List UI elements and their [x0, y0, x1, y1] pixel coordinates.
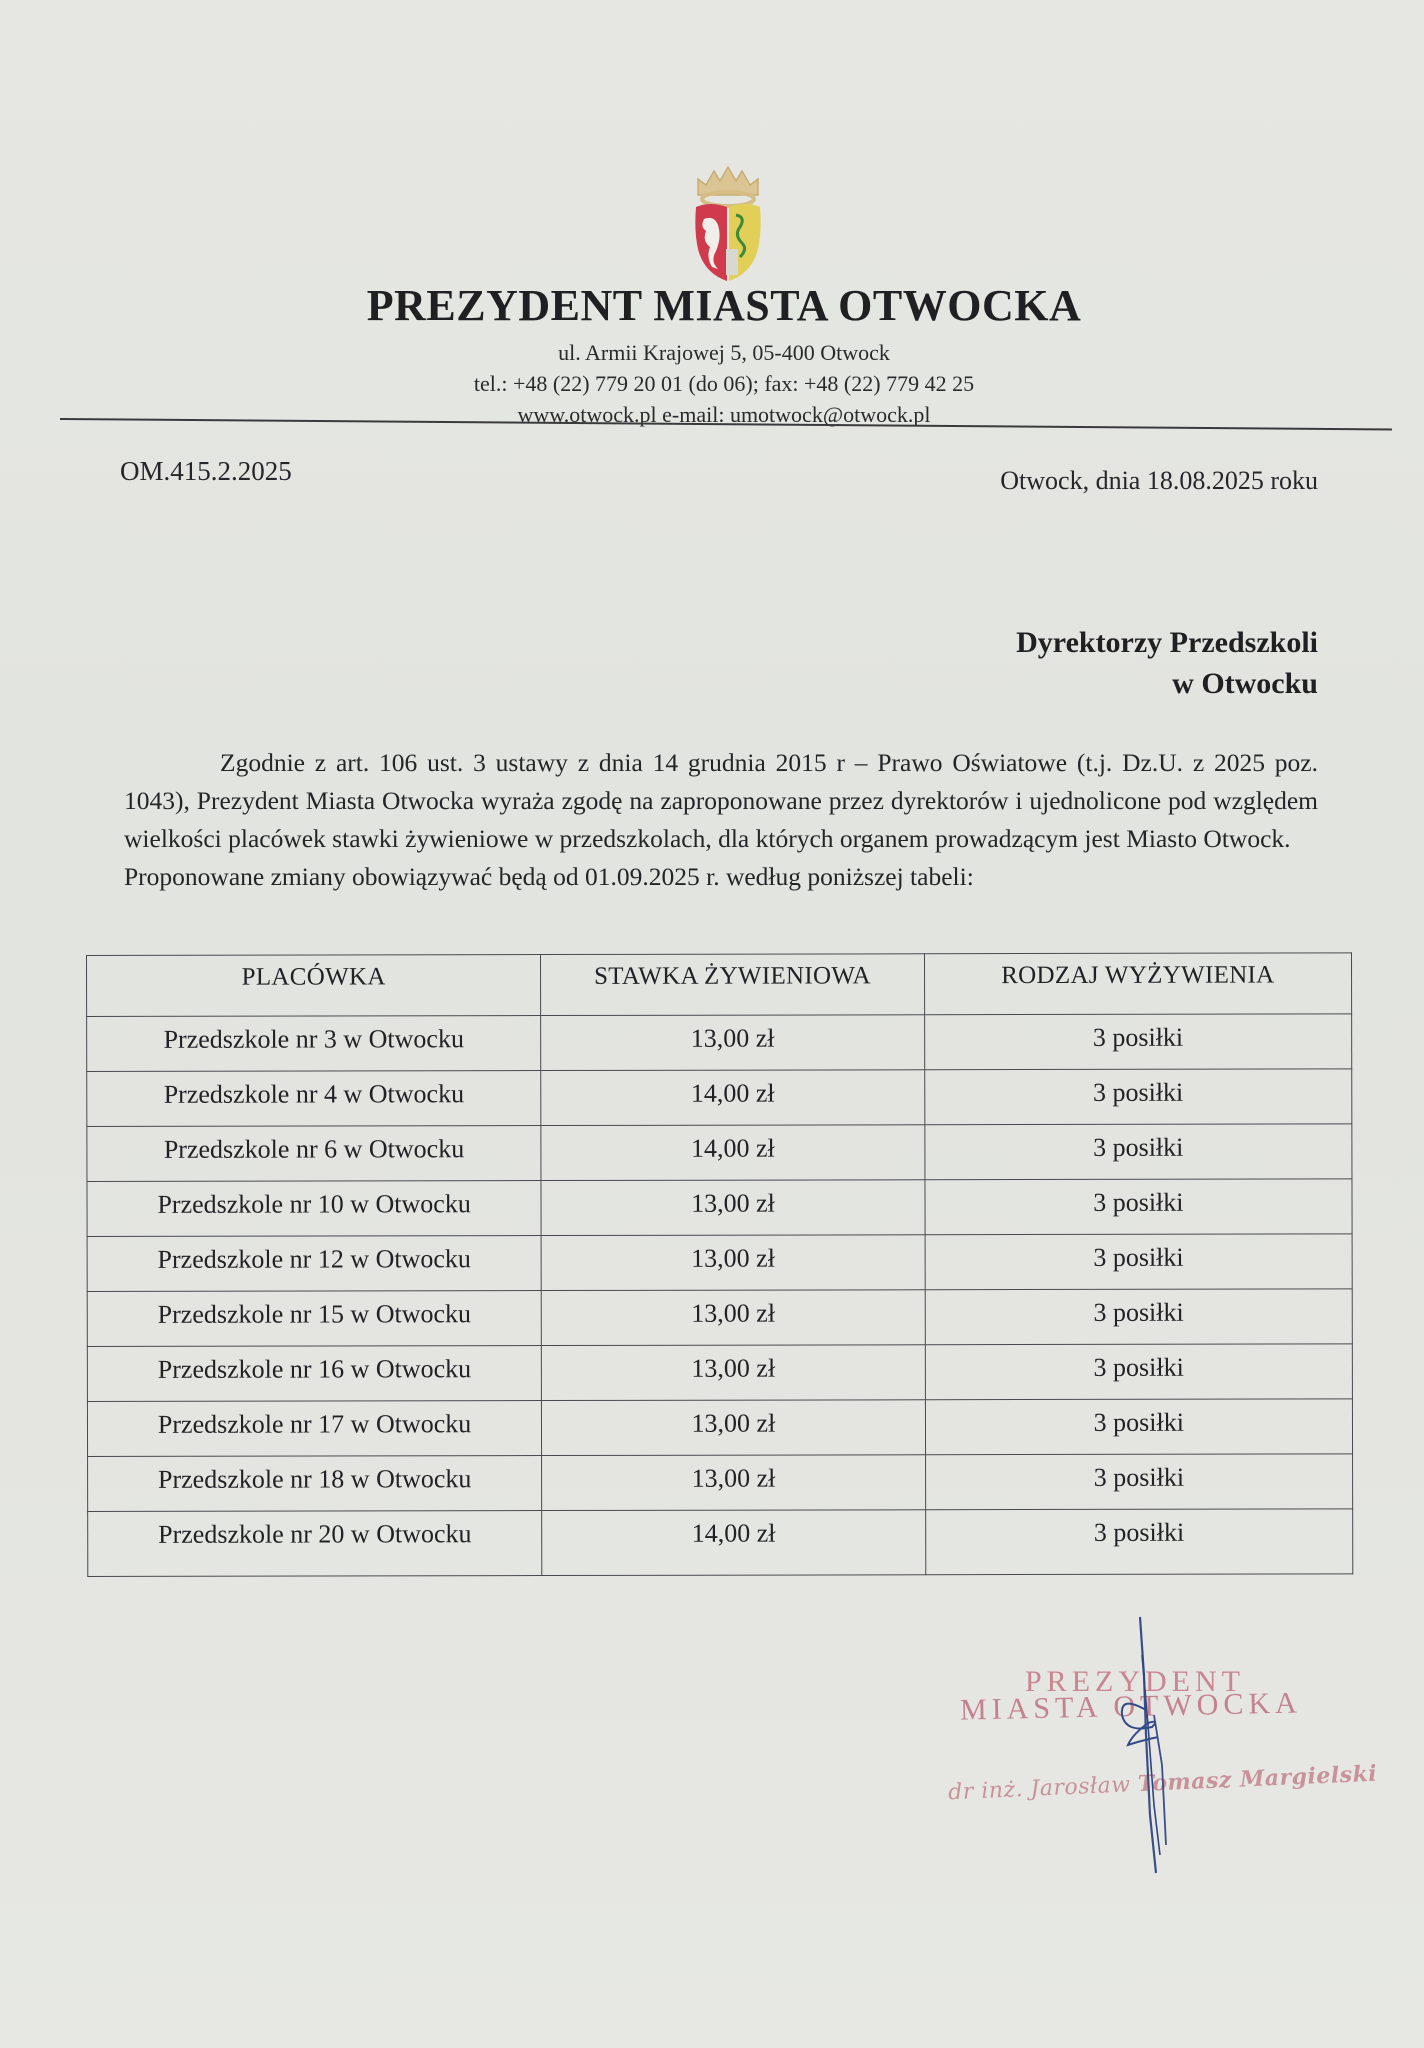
cell-meal-type: 3 posiłki — [924, 1069, 1351, 1125]
letter-body: Zgodnie z art. 106 ust. 3 ustawy z dnia … — [124, 744, 1318, 896]
cell-meal-rate: 14,00 zł — [542, 1510, 926, 1576]
table-row: Przedszkole nr 12 w Otwocku13,00 zł3 pos… — [87, 1234, 1352, 1292]
table-header-row: PLACÓWKA STAWKA ŻYWIENIOWA RODZAJ WYŻYWI… — [87, 953, 1352, 1017]
table-row: Przedszkole nr 17 w Otwocku13,00 zł3 pos… — [87, 1399, 1352, 1457]
table-row: Przedszkole nr 4 w Otwocku14,00 zł3 posi… — [87, 1069, 1352, 1127]
place-date: Otwock, dnia 18.08.2025 roku — [1000, 466, 1318, 496]
cell-meal-type: 3 posiłki — [925, 1179, 1352, 1235]
handwritten-signature-icon — [1100, 1615, 1190, 1875]
addressee-line-2: w Otwocku — [1016, 663, 1318, 704]
cell-meal-type: 3 posiłki — [925, 1509, 1352, 1575]
cell-facility: Przedszkole nr 4 w Otwocku — [87, 1071, 541, 1127]
cell-facility: Przedszkole nr 12 w Otwocku — [87, 1236, 541, 1292]
cell-facility: Przedszkole nr 20 w Otwocku — [88, 1511, 542, 1577]
cell-meal-rate: 13,00 zł — [541, 1015, 925, 1071]
cell-meal-type: 3 posiłki — [925, 1399, 1352, 1455]
org-title: PREZYDENT MIASTA OTWOCKA — [0, 280, 1424, 331]
meal-rates-table: PLACÓWKA STAWKA ŻYWIENIOWA RODZAJ WYŻYWI… — [86, 952, 1353, 1577]
table-row: Przedszkole nr 15 w Otwocku13,00 zł3 pos… — [87, 1289, 1352, 1347]
table-row: Przedszkole nr 18 w Otwocku13,00 zł3 pos… — [88, 1454, 1353, 1512]
cell-meal-type: 3 posiłki — [925, 1454, 1352, 1510]
cell-meal-rate: 14,00 zł — [541, 1070, 925, 1126]
header-facility: PLACÓWKA — [87, 955, 541, 1017]
cell-facility: Przedszkole nr 3 w Otwocku — [87, 1016, 541, 1072]
table-row: Przedszkole nr 6 w Otwocku14,00 zł3 posi… — [87, 1124, 1352, 1182]
table-row: Przedszkole nr 20 w Otwocku14,00 zł3 pos… — [88, 1509, 1353, 1577]
cell-meal-type: 3 posiłki — [925, 1289, 1352, 1345]
cell-meal-rate: 13,00 zł — [541, 1235, 925, 1291]
body-paragraph-1: Zgodnie z art. 106 ust. 3 ustawy z dnia … — [124, 744, 1318, 858]
cell-meal-rate: 13,00 zł — [541, 1290, 925, 1346]
cell-meal-rate: 13,00 zł — [542, 1400, 926, 1456]
table-row: Przedszkole nr 16 w Otwocku13,00 zł3 pos… — [87, 1344, 1352, 1402]
cell-facility: Przedszkole nr 17 w Otwocku — [87, 1401, 541, 1457]
cell-facility: Przedszkole nr 16 w Otwocku — [87, 1346, 541, 1402]
cell-facility: Przedszkole nr 15 w Otwocku — [87, 1291, 541, 1347]
cell-meal-rate: 13,00 zł — [541, 1180, 925, 1236]
coat-of-arms-icon — [688, 165, 768, 283]
table-body: Przedszkole nr 3 w Otwocku13,00 zł3 posi… — [87, 1014, 1353, 1577]
reference-number: OM.415.2.2025 — [120, 456, 292, 487]
header-meal-rate: STAWKA ŻYWIENIOWA — [541, 954, 925, 1016]
cell-meal-type: 3 posiłki — [924, 1124, 1351, 1180]
cell-facility: Przedszkole nr 10 w Otwocku — [87, 1181, 541, 1237]
org-phone-fax: tel.: +48 (22) 779 20 01 (do 06); fax: +… — [0, 371, 1424, 397]
body-paragraph-2: Proponowane zmiany obowiązywać będą od 0… — [124, 858, 1318, 896]
header-meal-type: RODZAJ WYŻYWIENIA — [924, 953, 1351, 1015]
cell-meal-rate: 13,00 zł — [542, 1345, 926, 1401]
cell-facility: Przedszkole nr 18 w Otwocku — [88, 1456, 542, 1512]
table-row: Przedszkole nr 10 w Otwocku13,00 zł3 pos… — [87, 1179, 1352, 1237]
cell-meal-rate: 13,00 zł — [542, 1455, 926, 1511]
cell-meal-type: 3 posiłki — [924, 1014, 1351, 1070]
table-row: Przedszkole nr 3 w Otwocku13,00 zł3 posi… — [87, 1014, 1352, 1072]
cell-meal-type: 3 posiłki — [925, 1234, 1352, 1290]
cell-facility: Przedszkole nr 6 w Otwocku — [87, 1126, 541, 1182]
cell-meal-rate: 14,00 zł — [541, 1125, 925, 1181]
cell-meal-type: 3 posiłki — [925, 1344, 1352, 1400]
addressee: Dyrektorzy Przedszkoli w Otwocku — [1016, 622, 1318, 704]
addressee-line-1: Dyrektorzy Przedszkoli — [1016, 622, 1318, 663]
org-address: ul. Armii Krajowej 5, 05-400 Otwock — [0, 340, 1424, 366]
